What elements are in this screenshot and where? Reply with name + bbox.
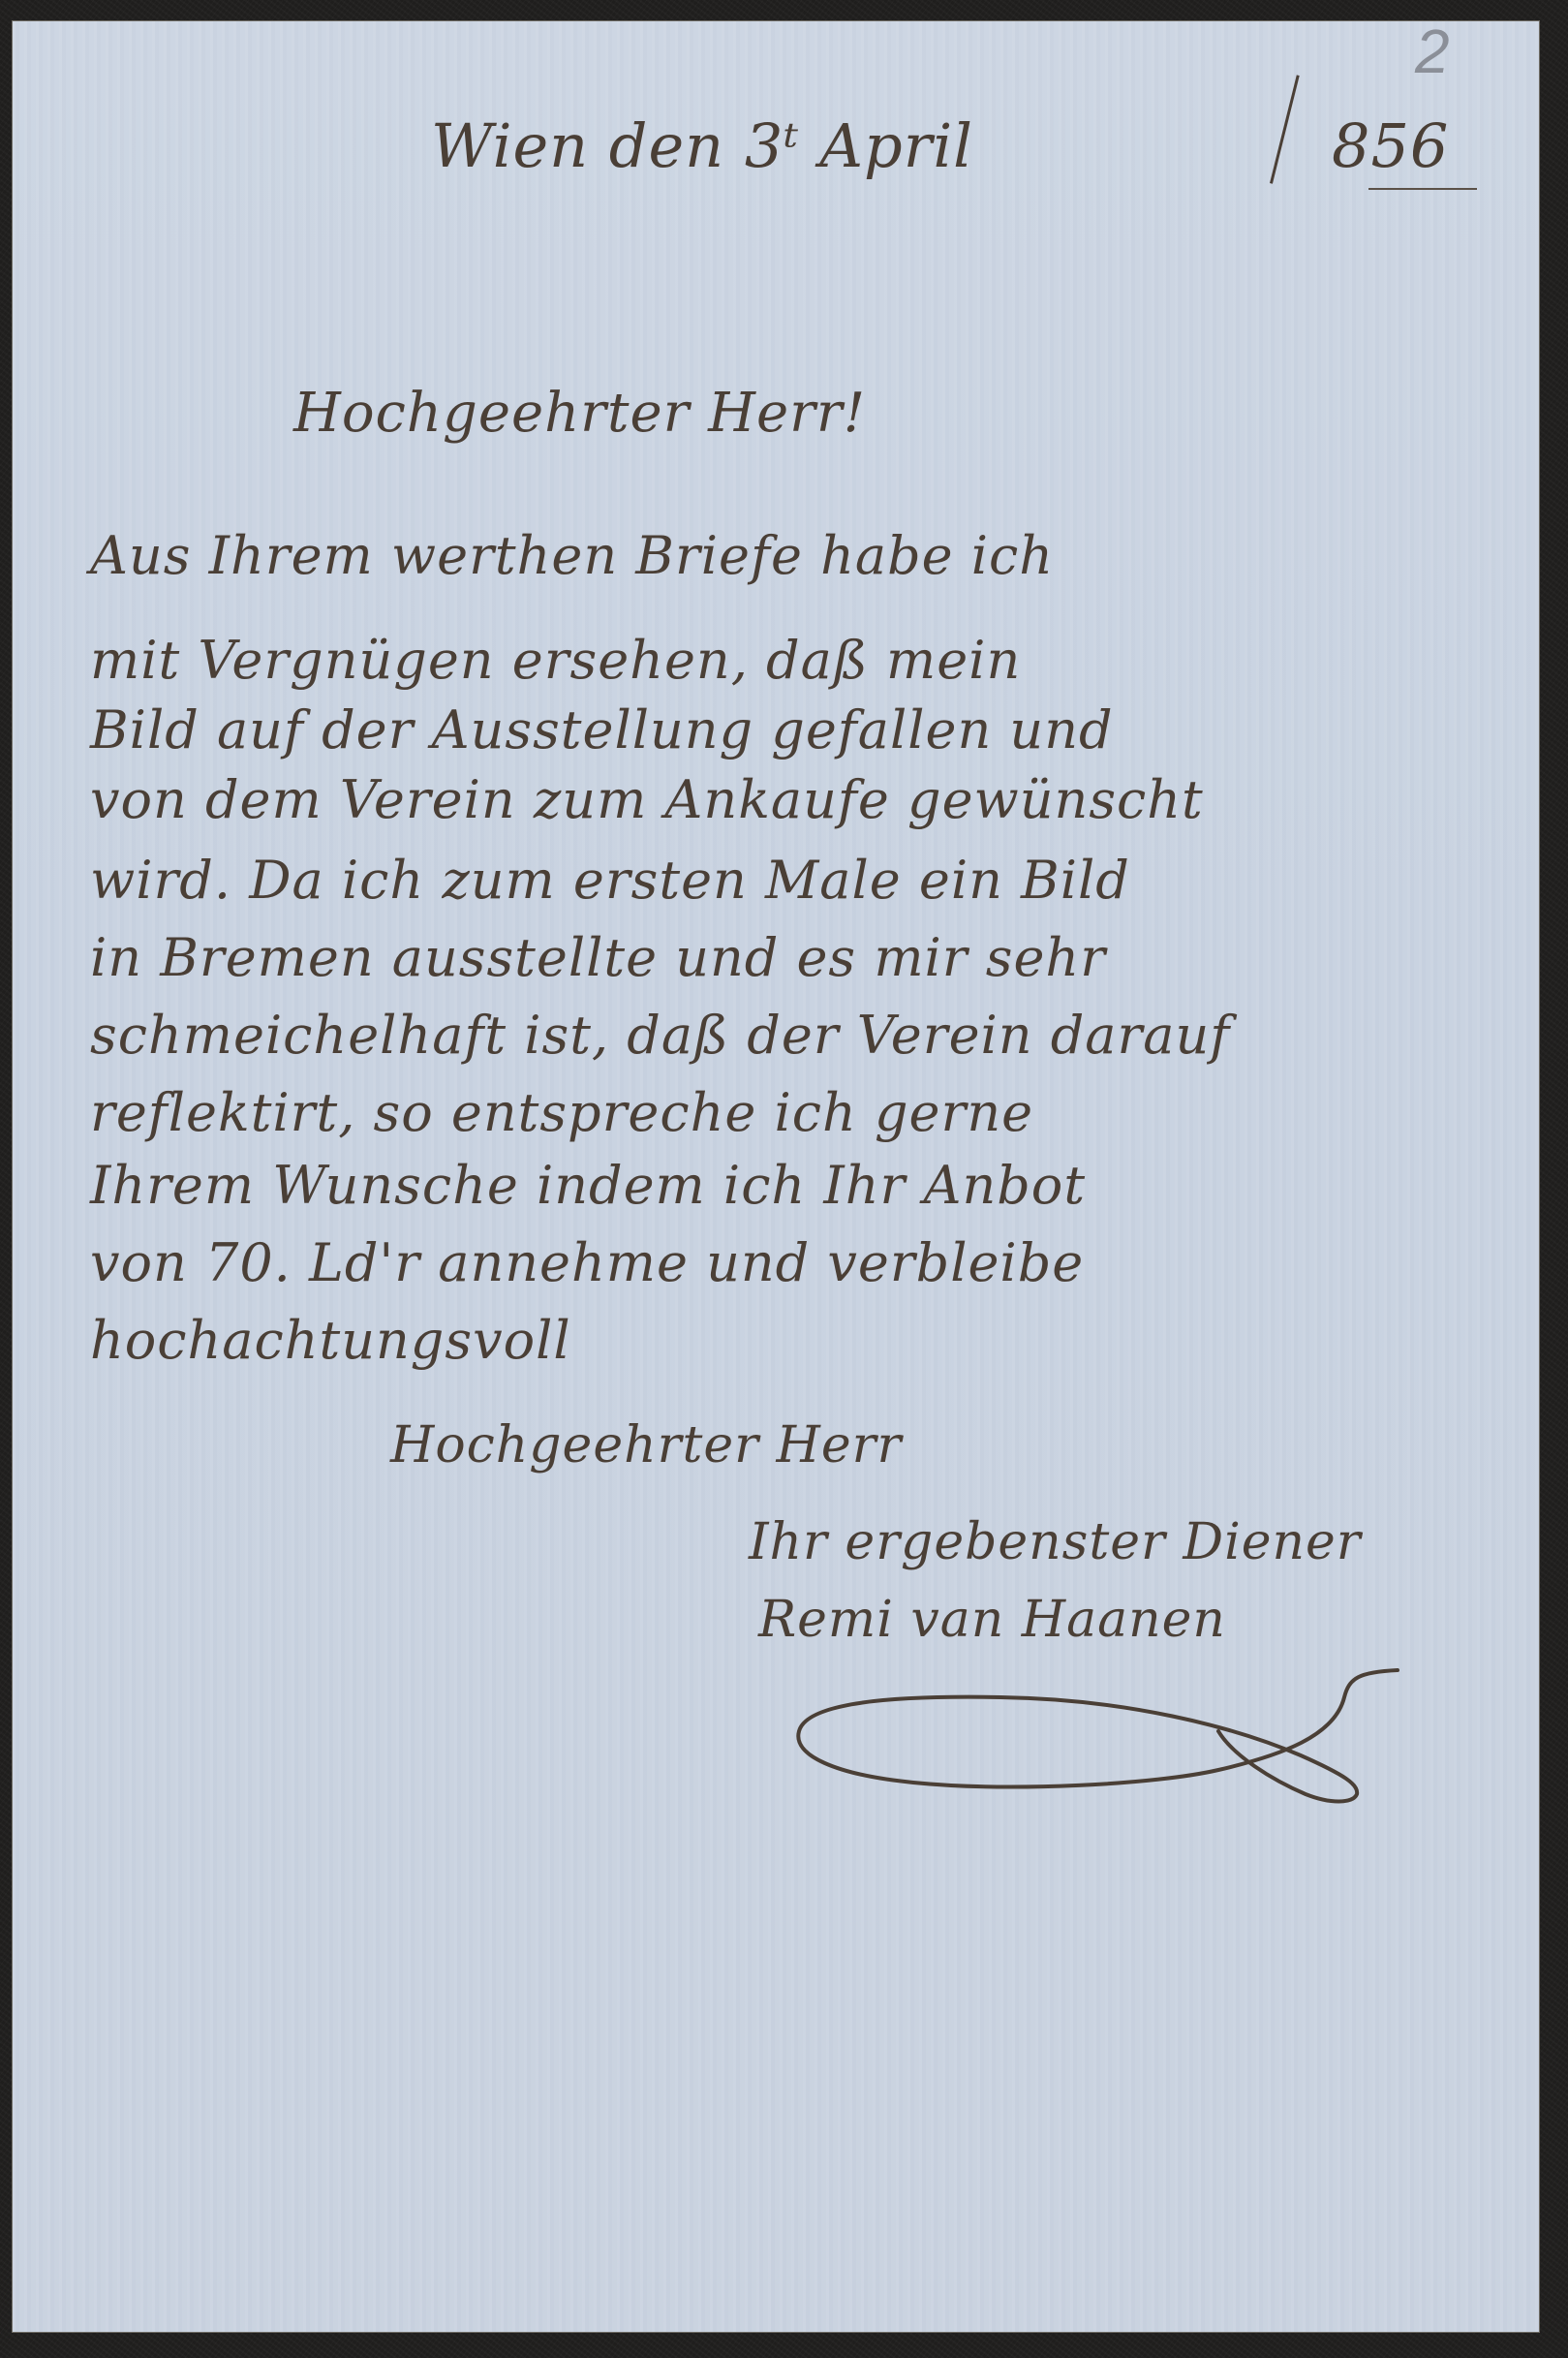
letter-sheet: Wien den 3ᵗ April 856 2 Hochgeehrter Her… [13, 21, 1539, 2332]
body-line: Bild auf der Ausstellung gefallen und [90, 699, 1114, 760]
place-date: Wien den 3ᵗ April [431, 110, 973, 181]
body-line: Ihrem Wunsche indem ich Ihr Anbot [90, 1155, 1086, 1216]
body-line: hochachtungsvoll [90, 1310, 571, 1371]
signature: Remi van Haanen [758, 1591, 1226, 1649]
body-line: reflektirt, so entspreche ich gerne [90, 1082, 1033, 1143]
salutation: Hochgeehrter Herr! [293, 382, 866, 445]
body-line: mit Vergnügen ersehen, daß mein [90, 630, 1021, 691]
signature-flourish-icon [778, 1659, 1417, 1852]
folio-number: 2 [1415, 16, 1450, 87]
date-year: 856 [1332, 110, 1449, 181]
body-line: wird. Da ich zum ersten Male ein Bild [90, 850, 1130, 911]
body-line: von 70. Ld'r annehme und verbleibe [90, 1232, 1084, 1293]
body-line: in Bremen ausstellte und es mir sehr [90, 927, 1106, 988]
year-underline [1368, 188, 1477, 190]
date-separator-slash [1270, 75, 1300, 183]
closing-address: Hochgeehrter Herr [390, 1416, 902, 1474]
body-line: von dem Verein zum Ankaufe gewünscht [90, 769, 1204, 830]
body-line: Aus Ihrem werthen Briefe habe ich [90, 525, 1054, 586]
body-line: schmeichelhaft ist, daß der Verein darau… [90, 1005, 1230, 1066]
valediction: Ihr ergebenster Diener [749, 1513, 1362, 1571]
